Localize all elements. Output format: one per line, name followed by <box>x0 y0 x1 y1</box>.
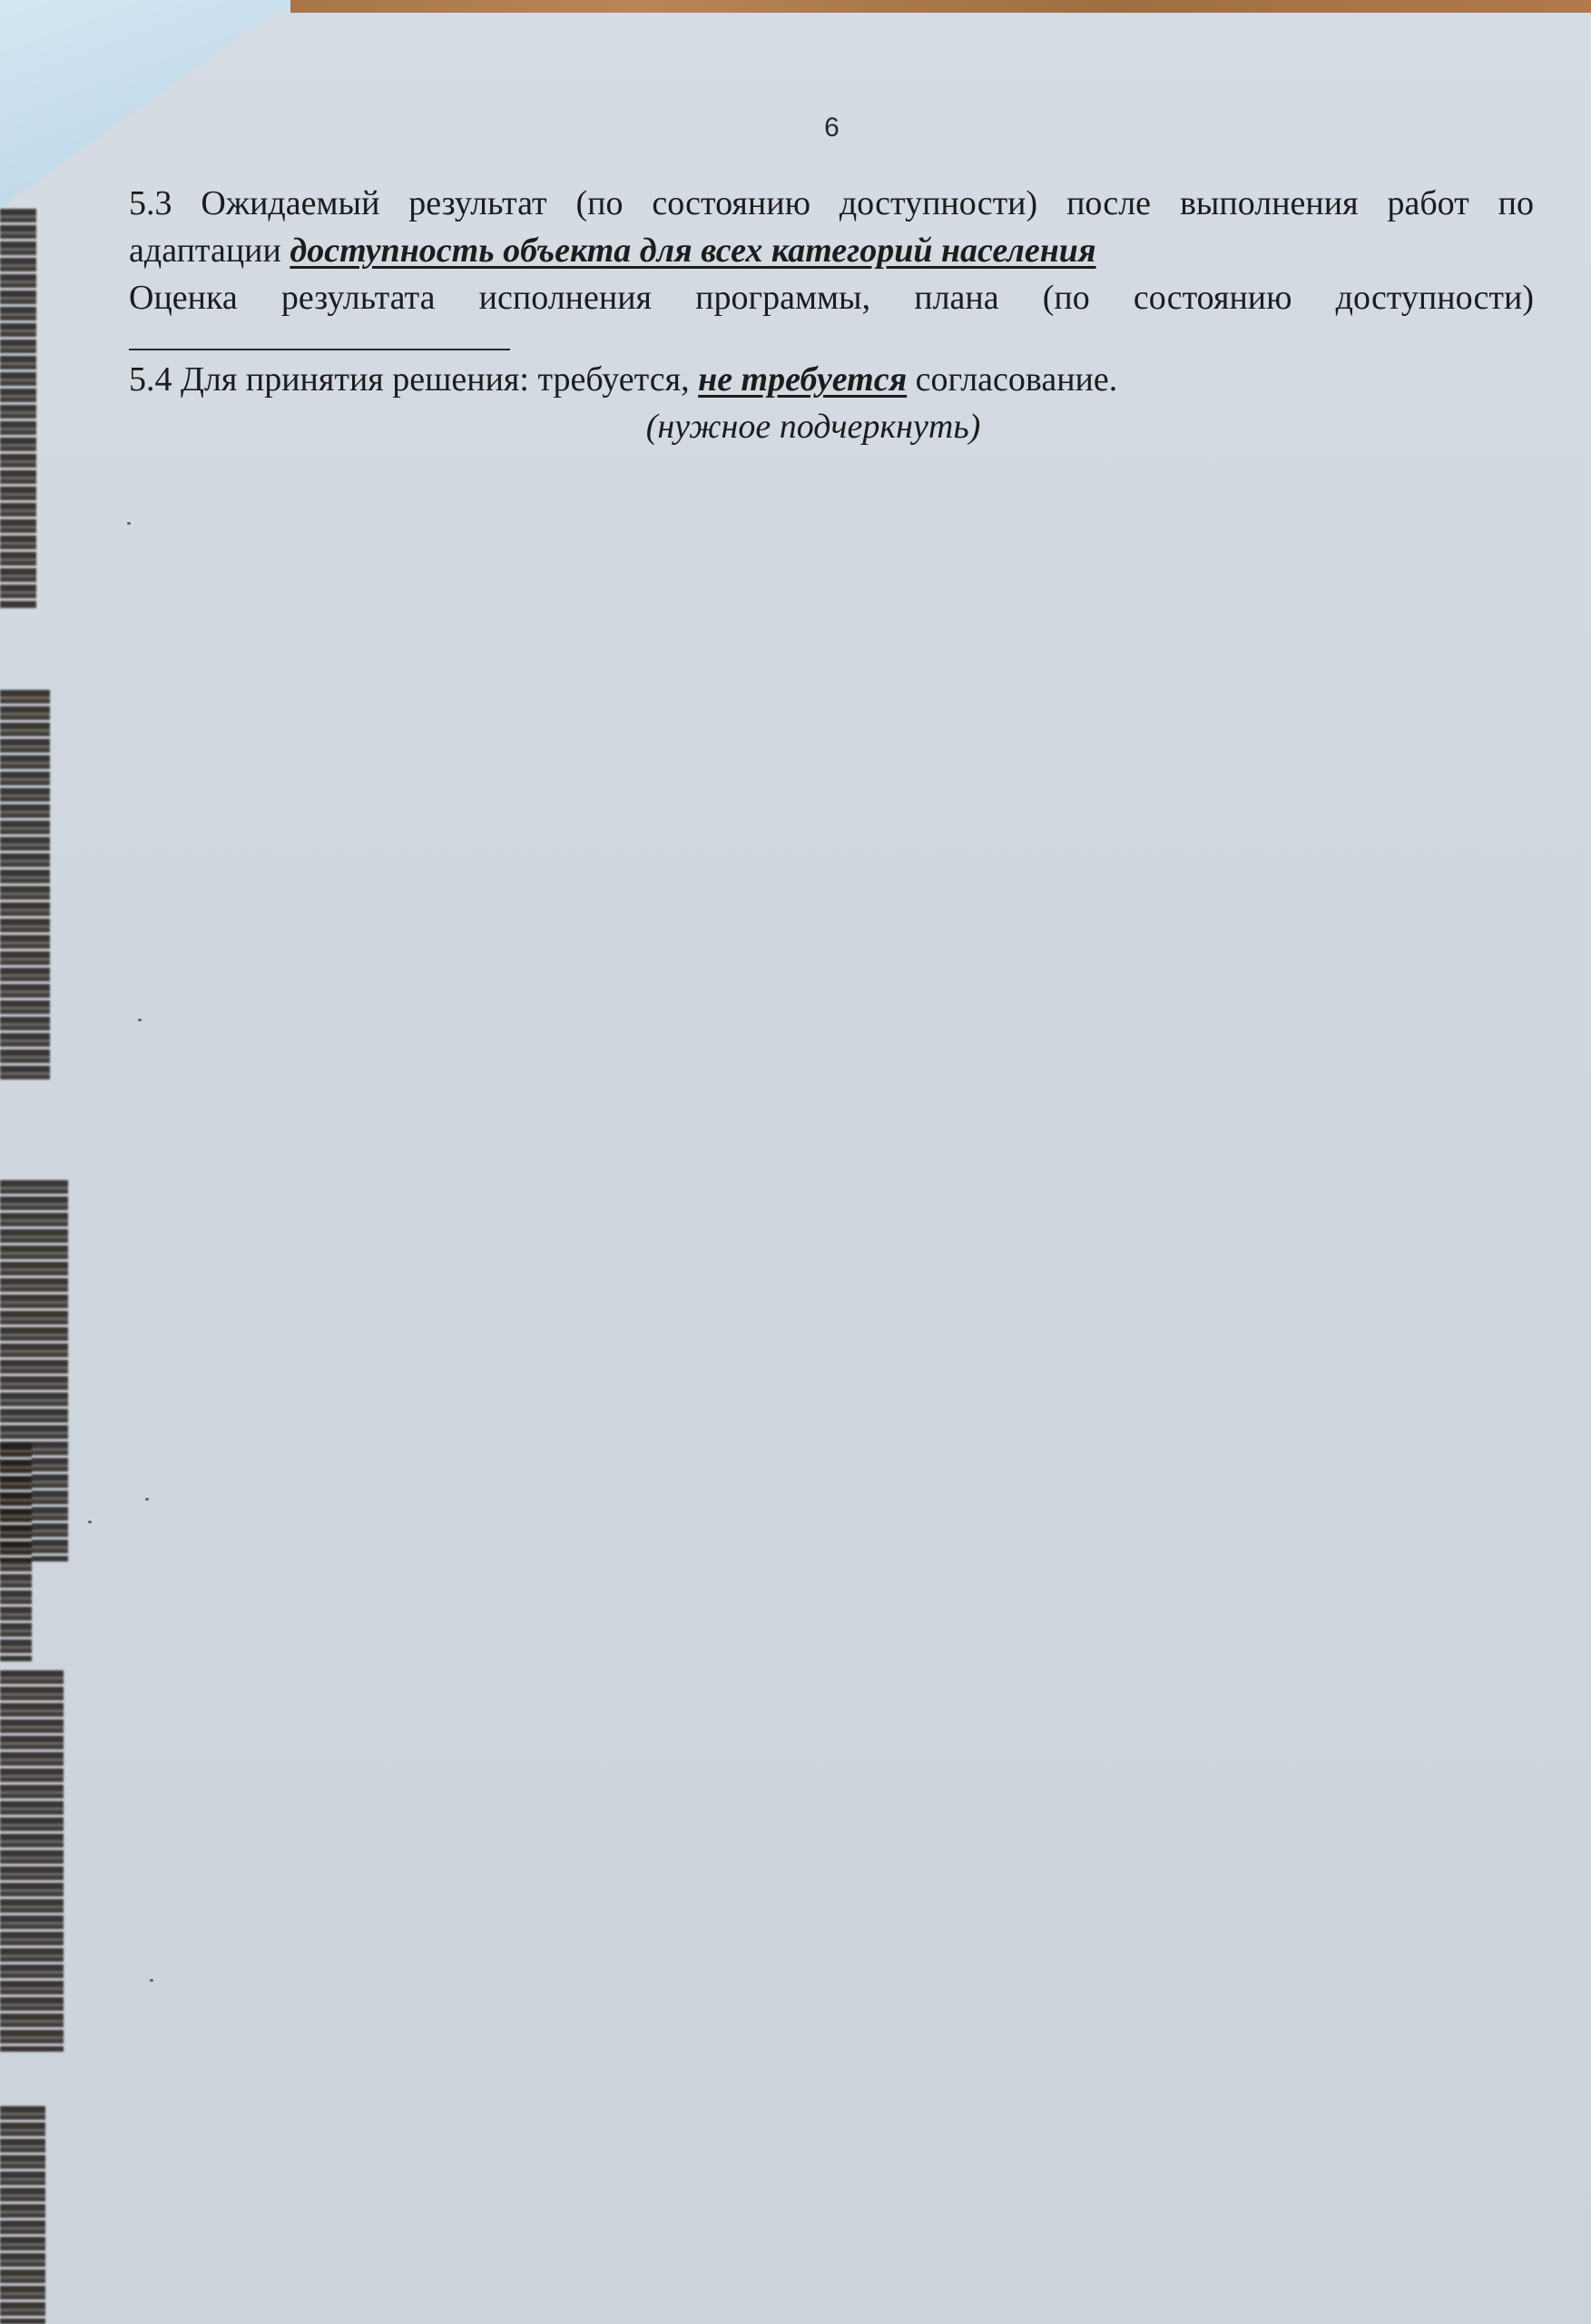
section-5-3-prefix: адаптации <box>129 231 290 270</box>
binding-mark <box>0 2106 45 2324</box>
page-number: 6 <box>0 113 1591 143</box>
binding-mark <box>0 1443 32 1661</box>
expected-result-value: доступность объекта для всех категорий н… <box>290 231 1095 270</box>
section-5-3-line2: адаптации доступность объекта для всех к… <box>129 227 1534 274</box>
binding-mark <box>0 1670 64 2052</box>
speck <box>150 1979 153 1982</box>
binding-mark <box>0 209 36 608</box>
section-5-4-line: 5.4 Для принятия решения: требуется, не … <box>129 356 1534 403</box>
document-body: 5.3 Ожидаемый результат (по состоянию до… <box>129 180 1534 450</box>
speck <box>145 1498 149 1501</box>
underline-hint: (нужное подчеркнуть) <box>129 403 1534 450</box>
section-5-4-suffix: согласование. <box>907 360 1117 399</box>
section-5-3-line1: 5.3 Ожидаемый результат (по состоянию до… <box>129 180 1534 227</box>
speck <box>127 522 131 525</box>
binding-mark <box>0 690 50 1080</box>
assessment-blank-field <box>129 321 510 350</box>
assessment-label: Оценка результата исполнения программы, … <box>129 274 1534 321</box>
option-required: требуется, <box>537 360 689 399</box>
section-5-4-prefix: 5.4 Для принятия решения: <box>129 360 537 399</box>
option-not-required-selected: не требуется <box>698 360 907 399</box>
speck <box>88 1521 92 1523</box>
speck <box>138 1019 142 1021</box>
